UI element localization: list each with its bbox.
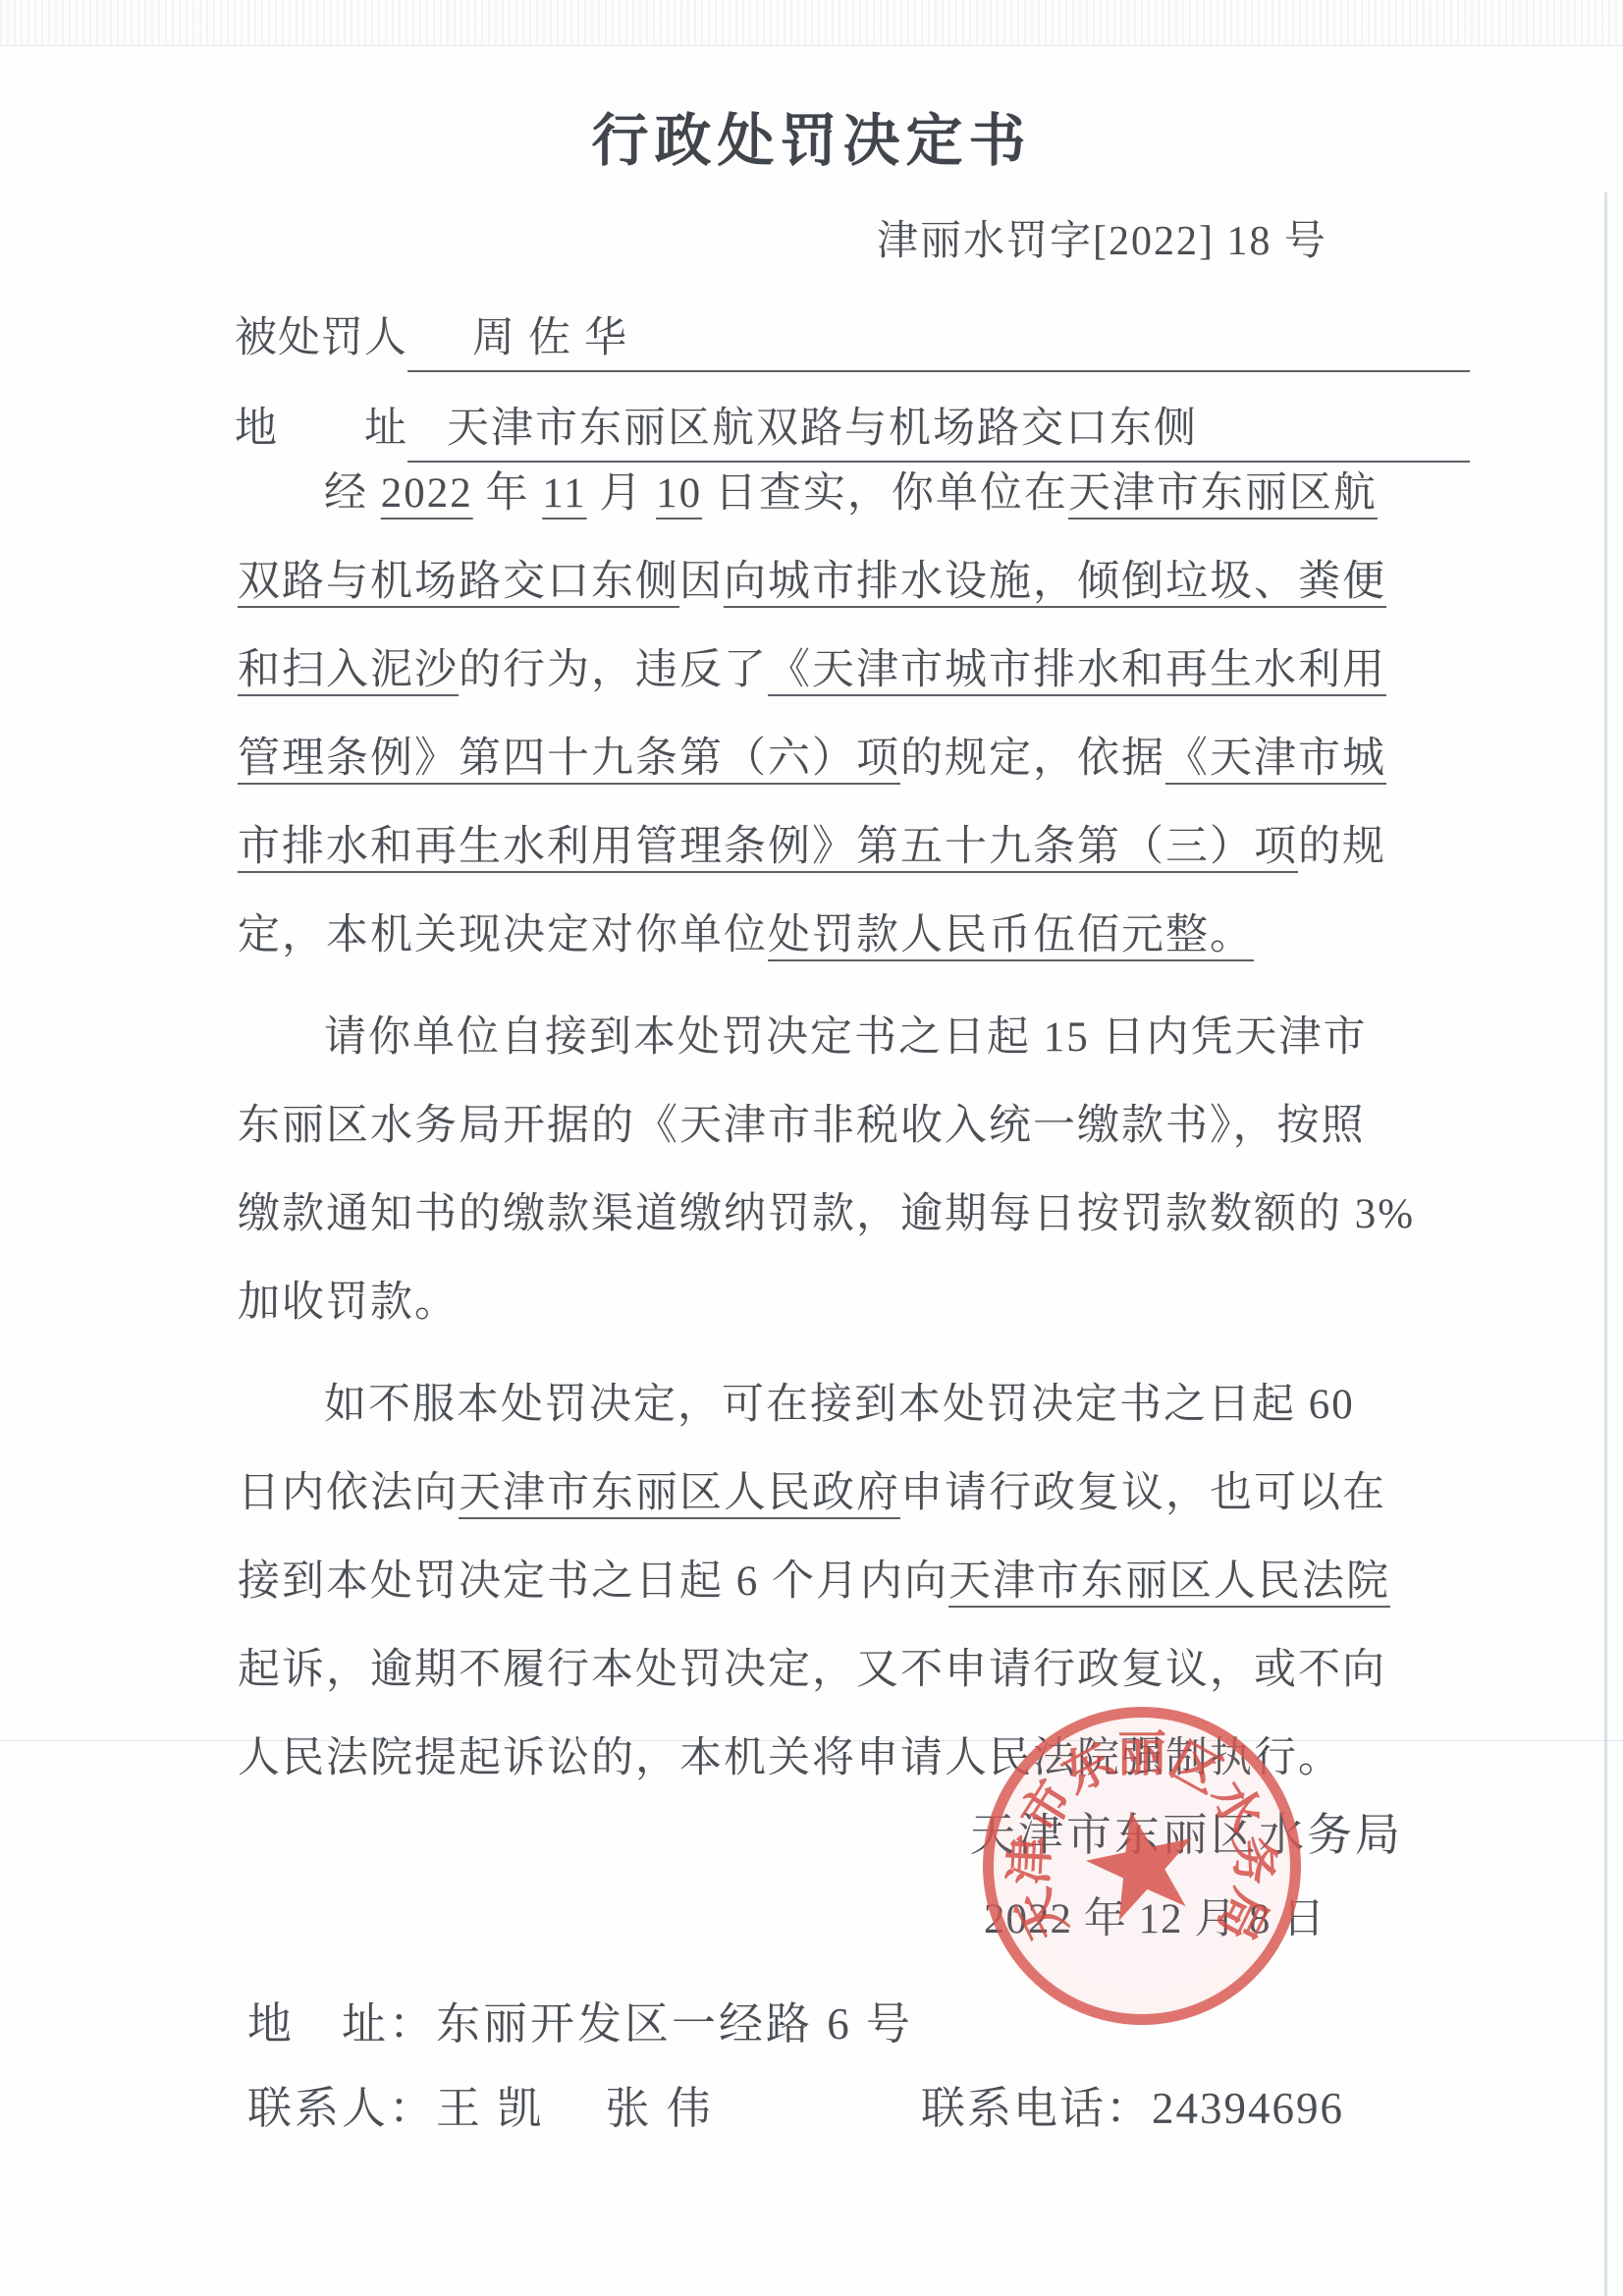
body-line: 加收罚款。 bbox=[238, 1259, 1392, 1347]
body-line: 请你单位自接到本处罚决定书之日起 15 日内凭天津市 bbox=[238, 994, 1392, 1082]
body-line: 日内依法向天津市东丽区人民政府申请行政复议，也可以在 bbox=[238, 1449, 1392, 1538]
plain-text: 的行为，违反了 bbox=[459, 647, 768, 693]
plain-text: 年 bbox=[473, 470, 543, 517]
plain-text: 起诉，逾期不履行本处罚决定，又不申请行政复议，或不向 bbox=[238, 1647, 1386, 1693]
body-line: 定，本机关现决定对你单位处罚款人民币伍佰元整。 bbox=[238, 892, 1392, 980]
footer-phone-row: 联系电话：24394696 bbox=[921, 2072, 1344, 2136]
scan-noise-band bbox=[0, 0, 1623, 45]
footer-phone-label: 联系电话： bbox=[921, 2084, 1152, 2133]
plain-text: 请你单位自接到本处罚决定书之日起 15 日内凭天津市 bbox=[324, 1014, 1368, 1061]
body-line: 市排水和再生水利用管理条例》第五十九条第（三）项的规 bbox=[238, 803, 1392, 892]
plain-text: 日内依法向 bbox=[238, 1470, 459, 1516]
footer-contact-row: 联系人：王 凯 张 伟 bbox=[247, 2072, 714, 2136]
underlined-text: 11 bbox=[542, 470, 586, 517]
paragraph: 经 2022 年 11 月 10 日查实，你单位在天津市东丽区航双路与机场路交口… bbox=[238, 450, 1392, 980]
body-line: 起诉，逾期不履行本处罚决定，又不申请行政复议，或不向 bbox=[238, 1626, 1392, 1715]
plain-text: 缴款通知书的缴款渠道缴纳罚款，逾期每日按罚款数额的 3% bbox=[238, 1191, 1415, 1237]
document-number: 津丽水罚字[2022] 18 号 bbox=[877, 208, 1327, 267]
paragraph: 如不服本处罚决定，可在接到本处罚决定书之日起 60日内依法向天津市东丽区人民政府… bbox=[238, 1361, 1392, 1803]
plain-text: 东丽区水务局开据的《天津市非税收入统一缴款书》，按照 bbox=[238, 1103, 1366, 1149]
body-line: 和扫入泥沙的行为，违反了《天津市城市排水和再生水利用 bbox=[238, 627, 1392, 715]
decision-date: 2022 年 12 月 8 日 bbox=[984, 1886, 1325, 1945]
underlined-text: 和扫入泥沙 bbox=[238, 647, 459, 693]
issuing-agency: 天津市东丽区水务局 bbox=[970, 1799, 1403, 1864]
underlined-text: 天津市东丽区人民政府 bbox=[459, 1470, 900, 1516]
plain-text: 日查实，你单位在 bbox=[702, 470, 1068, 517]
plain-text: 接到本处罚决定书之日起 6 个月内向 bbox=[238, 1558, 948, 1605]
body-paragraphs: 经 2022 年 11 月 10 日查实，你单位在天津市东丽区航双路与机场路交口… bbox=[238, 450, 1392, 1803]
footer-contact-label: 联系人： bbox=[247, 2084, 436, 2133]
plain-text: 申请行政复议，也可以在 bbox=[900, 1470, 1386, 1516]
body-line: 东丽区水务局开据的《天津市非税收入统一缴款书》，按照 bbox=[238, 1082, 1392, 1171]
underlined-text: 市排水和再生水利用管理条例》第五十九条第（三）项 bbox=[238, 824, 1298, 870]
footer-phone-value: 24394696 bbox=[1152, 2084, 1344, 2133]
underlined-text: 天津市东丽区人民法院 bbox=[948, 1558, 1390, 1605]
document-title: 行政处罚决定书 bbox=[0, 94, 1623, 177]
plain-text: 因 bbox=[679, 559, 724, 605]
underlined-text: 10 bbox=[656, 470, 702, 517]
body-line: 管理条例》第四十九条第（六）项的规定，依据《天津市城 bbox=[238, 715, 1392, 803]
body-line: 经 2022 年 11 月 10 日查实，你单位在天津市东丽区航 bbox=[238, 450, 1392, 538]
plain-text: 加收罚款。 bbox=[238, 1280, 459, 1326]
plain-text: 月 bbox=[587, 470, 657, 517]
footer-address-label: 地 址： bbox=[247, 1999, 436, 2049]
plain-text: 定，本机关现决定对你单位 bbox=[238, 912, 768, 958]
underlined-text: 管理条例》第四十九条第（六）项 bbox=[238, 736, 900, 782]
underlined-text: 向城市排水设施，倾倒垃圾、粪便 bbox=[724, 559, 1386, 605]
underlined-text: 《天津市城市排水和再生水利用 bbox=[768, 647, 1386, 693]
underlined-text: 处罚款人民币伍佰元整。 bbox=[768, 912, 1254, 958]
body-line: 人民法院提起诉讼的，本机关将申请人民法院强制执行。 bbox=[238, 1715, 1392, 1803]
plain-text: 经 bbox=[324, 470, 381, 517]
footer-contact-names: 王 凯 张 伟 bbox=[436, 2084, 714, 2133]
footer-address-row: 地 址：东丽开发区一经路 6 号 bbox=[247, 1988, 913, 2051]
plain-text: 的规定，依据 bbox=[900, 736, 1165, 782]
plain-text: 的规 bbox=[1298, 824, 1386, 870]
underlined-text: 《天津市城 bbox=[1165, 736, 1386, 782]
penalized-person-label: 被处罚人 bbox=[235, 304, 407, 372]
plain-text: 如不服本处罚决定，可在接到本处罚决定书之日起 60 bbox=[324, 1382, 1355, 1428]
penalized-person-value: 周佐华 bbox=[407, 304, 1470, 372]
penalized-person-row: 被处罚人 周佐华 bbox=[235, 304, 1470, 372]
underlined-text: 双路与机场路交口东侧 bbox=[238, 559, 679, 605]
body-line: 如不服本处罚决定，可在接到本处罚决定书之日起 60 bbox=[238, 1361, 1392, 1449]
footer-address-value: 东丽开发区一经路 6 号 bbox=[436, 1999, 913, 2049]
body-line: 接到本处罚决定书之日起 6 个月内向天津市东丽区人民法院 bbox=[238, 1538, 1392, 1626]
underlined-text: 2022 bbox=[381, 470, 473, 517]
body-line: 双路与机场路交口东侧因向城市排水设施，倾倒垃圾、粪便 bbox=[238, 538, 1392, 627]
scanned-penalty-decision-document: 行政处罚决定书 津丽水罚字[2022] 18 号 被处罚人 周佐华 地 址 天津… bbox=[0, 0, 1623, 2296]
paragraph: 请你单位自接到本处罚决定书之日起 15 日内凭天津市东丽区水务局开据的《天津市非… bbox=[238, 994, 1392, 1347]
scan-artifact-line-right bbox=[1604, 192, 1607, 2296]
scan-artifact-line-top bbox=[0, 45, 1623, 46]
plain-text: 人民法院提起诉讼的，本机关将申请人民法院强制执行。 bbox=[238, 1735, 1342, 1781]
underlined-text: 天津市东丽区航 bbox=[1068, 470, 1378, 517]
body-line: 缴款通知书的缴款渠道缴纳罚款，逾期每日按罚款数额的 3% bbox=[238, 1171, 1392, 1259]
